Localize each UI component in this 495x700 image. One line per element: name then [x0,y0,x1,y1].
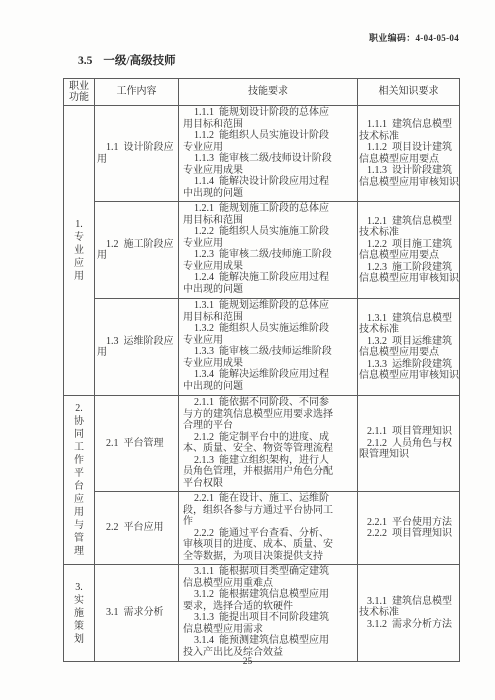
skill-item: 2.2.1 能在设计、施工、运维阶段，组织各参与方通过平台协同工作 [183,493,337,528]
knowledge-cell-2-1: 2.1.1 项目管理知识 2.1.2 人员角色与权限管理知识 [358,396,460,492]
knowledge-item: 1.3.1 建筑信息模型技术标准 [359,313,459,336]
occupation-code: 职业编码：4-04-05-04 [369,31,459,44]
work-cell-2-1: 2.1 平台管理 [95,396,179,492]
knowledge-cell-1-3: 1.3.1 建筑信息模型技术标准 1.3.2 项目运维建筑信息模型应用要点 1.… [358,299,460,396]
skill-item: 3.1.4 能预测建筑信息模型应用投入产出比及综合效益 [183,635,337,658]
skill-item: 2.1.2 能定制平台中的进度、成本、质量、安全、物资等管理流程 [183,432,337,455]
knowledge-item: 1.1.3 设计阶段建筑信息模型应用审核知识 [359,165,459,188]
skill-item: 2.1.1 能依据不同阶段、不同参与方的建筑信息模型应用要求选择合理的平台 [183,397,337,432]
skills-cell-1-3: 1.3.1 能规划运维阶段的总体应用目标和范围 1.3.2 能组织人员实施运维阶… [179,299,358,396]
knowledge-item: 1.1.2 项目设计建筑信息模型应用要点 [359,142,459,165]
skill-item: 1.1.3 能审核二级/技师设计阶段专业应用成果 [183,153,337,176]
skill-item: 1.3.1 能规划运维阶段的总体应用目标和范围 [183,300,337,323]
knowledge-item: 1.1.1 建筑信息模型技术标准 [359,119,459,142]
skill-item: 3.1.3 能提出项目不同阶段建筑信息模型应用需求 [183,612,337,635]
col-header-function: 职业功能 [64,79,95,106]
qualification-table: 职业功能 工作内容 技能要求 相关知识要求 1. 专业应用 1.1 设计阶段应用… [63,78,460,662]
work-cell-2-2: 2.2 平台应用 [95,492,179,565]
skill-item: 1.2.3 能审核二级/技师施工阶段专业应用成果 [183,249,337,272]
table-row: 1.2 施工阶段应用 1.2.1 能规划施工阶段的总体应用目标和范围 1.2.2… [64,202,460,299]
skills-cell-2-2: 2.2.1 能在设计、施工、运维阶段，组织各参与方通过平台协同工作 2.2.2 … [179,492,358,565]
skill-item: 2.2.2 能通过平台查看、分析、审核项目的进度、成本、质量、安全等数据，为项目… [183,528,337,563]
work-cell-1-1: 1.1 设计阶段应用 [95,106,179,202]
skills-cell-1-1: 1.1.1 能规划设计阶段的总体应用目标和范围 1.1.2 能组织人员实施设计阶… [179,106,358,202]
work-cell-1-2: 1.2 施工阶段应用 [95,202,179,299]
function-cell-platform-management: 2. 协同工作平台应用与管理 [64,396,95,565]
work-cell-3-1: 3.1 需求分析 [95,565,179,662]
function-cell-implementation-planning: 3. 实施策划 [64,565,95,662]
knowledge-item: 1.2.2 项目施工建筑信息模型应用要点 [359,239,459,262]
knowledge-cell-1-2: 1.2.1 建筑信息模型技术标准 1.2.2 项目施工建筑信息模型应用要点 1.… [358,202,460,299]
skill-item: 1.2.4 能解决施工阶段应用过程中出现的问题 [183,272,337,295]
col-header-skill: 技能要求 [179,79,358,106]
knowledge-item: 1.2.3 施工阶段建筑信息模型应用审核知识 [359,262,459,285]
col-header-work: 工作内容 [95,79,179,106]
skills-cell-2-1: 2.1.1 能依据不同阶段、不同参与方的建筑信息模型应用要求选择合理的平台 2.… [179,396,358,492]
knowledge-item: 3.1.2 需求分析方法 [359,619,459,631]
skills-cell-3-1: 3.1.1 能根据项目类型确定建筑信息模型应用重难点 3.1.2 能根据建筑信息… [179,565,358,662]
table-row: 3. 实施策划 3.1 需求分析 3.1.1 能根据项目类型确定建筑信息模型应用… [64,565,460,662]
skill-item: 3.1.2 能根据建筑信息模型应用要求，选择合适的软硬件 [183,589,337,612]
knowledge-item: 2.1.1 项目管理知识 [359,426,459,438]
knowledge-cell-1-1: 1.1.1 建筑信息模型技术标准 1.1.2 项目设计建筑信息模型应用要点 1.… [358,106,460,202]
knowledge-item: 2.1.2 人员角色与权限管理知识 [359,438,459,461]
knowledge-item: 2.2.2 项目管理知识 [359,528,459,540]
knowledge-cell-2-2: 2.2.1 平台使用方法 2.2.2 项目管理知识 [358,492,460,565]
skill-item: 1.1.2 能组织人员实施设计阶段专业应用 [183,130,337,153]
function-cell-professional-application: 1. 专业应用 [64,106,95,396]
skill-item: 1.1.4 能解决设计阶段应用过程中出现的问题 [183,176,337,199]
document-page: 职业编码：4-04-05-04 3.5一级/高级技师 职业功能 工作内容 技能要… [0,0,495,700]
knowledge-item: 2.2.1 平台使用方法 [359,517,459,529]
col-header-knowledge: 相关知识要求 [358,79,460,106]
page-number: 25 [0,657,495,667]
table-row: 2. 协同工作平台应用与管理 2.1 平台管理 2.1.1 能依据不同阶段、不同… [64,396,460,492]
skill-item: 1.1.1 能规划设计阶段的总体应用目标和范围 [183,107,337,130]
work-cell-1-3: 1.3 运维阶段应用 [95,299,179,396]
table-header-row: 职业功能 工作内容 技能要求 相关知识要求 [64,79,460,106]
knowledge-item: 1.2.1 建筑信息模型技术标准 [359,216,459,239]
skill-item: 1.2.2 能组织人员实施施工阶段专业应用 [183,226,337,249]
skill-item: 1.3.2 能组织人员实施运维阶段专业应用 [183,323,337,346]
skill-item: 1.2.1 能规划施工阶段的总体应用目标和范围 [183,203,337,226]
knowledge-cell-3-1: 3.1.1 建筑信息模型技术标准 3.1.2 需求分析方法 [358,565,460,662]
skill-item: 2.1.3 能建立组织架构，进行人员角色管理，并根据用户角色分配平台权限 [183,455,337,490]
section-title-text: 一级/高级技师 [103,55,175,67]
table-row: 1. 专业应用 1.1 设计阶段应用 1.1.1 能规划设计阶段的总体应用目标和… [64,106,460,202]
table-row: 1.3 运维阶段应用 1.3.1 能规划运维阶段的总体应用目标和范围 1.3.2… [64,299,460,396]
skills-cell-1-2: 1.2.1 能规划施工阶段的总体应用目标和范围 1.2.2 能组织人员实施施工阶… [179,202,358,299]
knowledge-item: 1.3.2 项目运维建筑信息模型应用要点 [359,336,459,359]
table-row: 2.2 平台应用 2.2.1 能在设计、施工、运维阶段，组织各参与方通过平台协同… [64,492,460,565]
section-title: 3.5一级/高级技师 [78,52,176,68]
knowledge-item: 3.1.1 建筑信息模型技术标准 [359,596,459,619]
section-number: 3.5 [78,55,92,67]
knowledge-item: 1.3.3 运维阶段建筑信息模型应用审核知识 [359,359,459,382]
skill-item: 1.3.4 能解决运维阶段应用过程中出现的问题 [183,369,337,392]
skill-item: 3.1.1 能根据项目类型确定建筑信息模型应用重难点 [183,566,337,589]
skill-item: 1.3.3 能审核二级/技师运维阶段专业应用成果 [183,346,337,369]
